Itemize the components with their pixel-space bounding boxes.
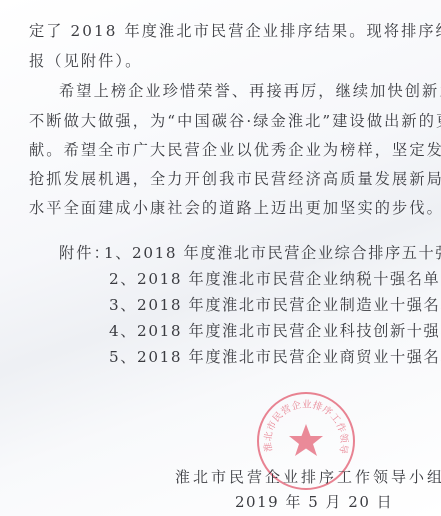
signature-organization: 淮北市民营企业排序工作领导小组 <box>175 466 441 487</box>
paragraph-line: 希望上榜企业珍惜荣誉、再接再厉，继续加快创新发展步伐， <box>59 82 441 100</box>
attachment-item: 5、2018 年度淮北市民营企业商贸业十强名单 <box>109 348 441 366</box>
document-page: 定了 2018 年度淮北市民营企业排序结果。现将排序结果予以通 报（见附件）。 … <box>0 0 441 516</box>
paragraph-line: 报（见附件）。 <box>29 52 142 70</box>
paragraph-line: 抢抓发展机遇，全力开创我市民营经济高质量发展新局面，在高 <box>29 170 441 188</box>
paragraph-line: 献。希望全市广大民营企业以优秀企业为榜样，坚定发展信心， <box>29 141 441 159</box>
attachment-item: 2、2018 年度淮北市民营企业纳税十强名单 <box>109 270 440 288</box>
paragraph-line: 水平全面建成小康社会的道路上迈出更加坚实的步伐。 <box>29 199 441 217</box>
paragraph-line: 不断做大做强，为“中国碳谷·绿金淮北”建设做出新的更大贡 <box>29 112 441 130</box>
paragraph-line: 定了 2018 年度淮北市民营企业排序结果。现将排序结果予以通 <box>29 22 441 40</box>
attachment-item: 1、2018 年度淮北市民营企业综合排序五十强名单 <box>104 244 441 262</box>
attachment-item: 3、2018 年度淮北市民营企业制造业十强名单 <box>109 296 441 314</box>
signature-date: 2019 年 5 月 20 日 <box>235 491 393 512</box>
attachment-item: 4、2018 年度淮北市民营企业科技创新十强名单 <box>109 322 441 340</box>
